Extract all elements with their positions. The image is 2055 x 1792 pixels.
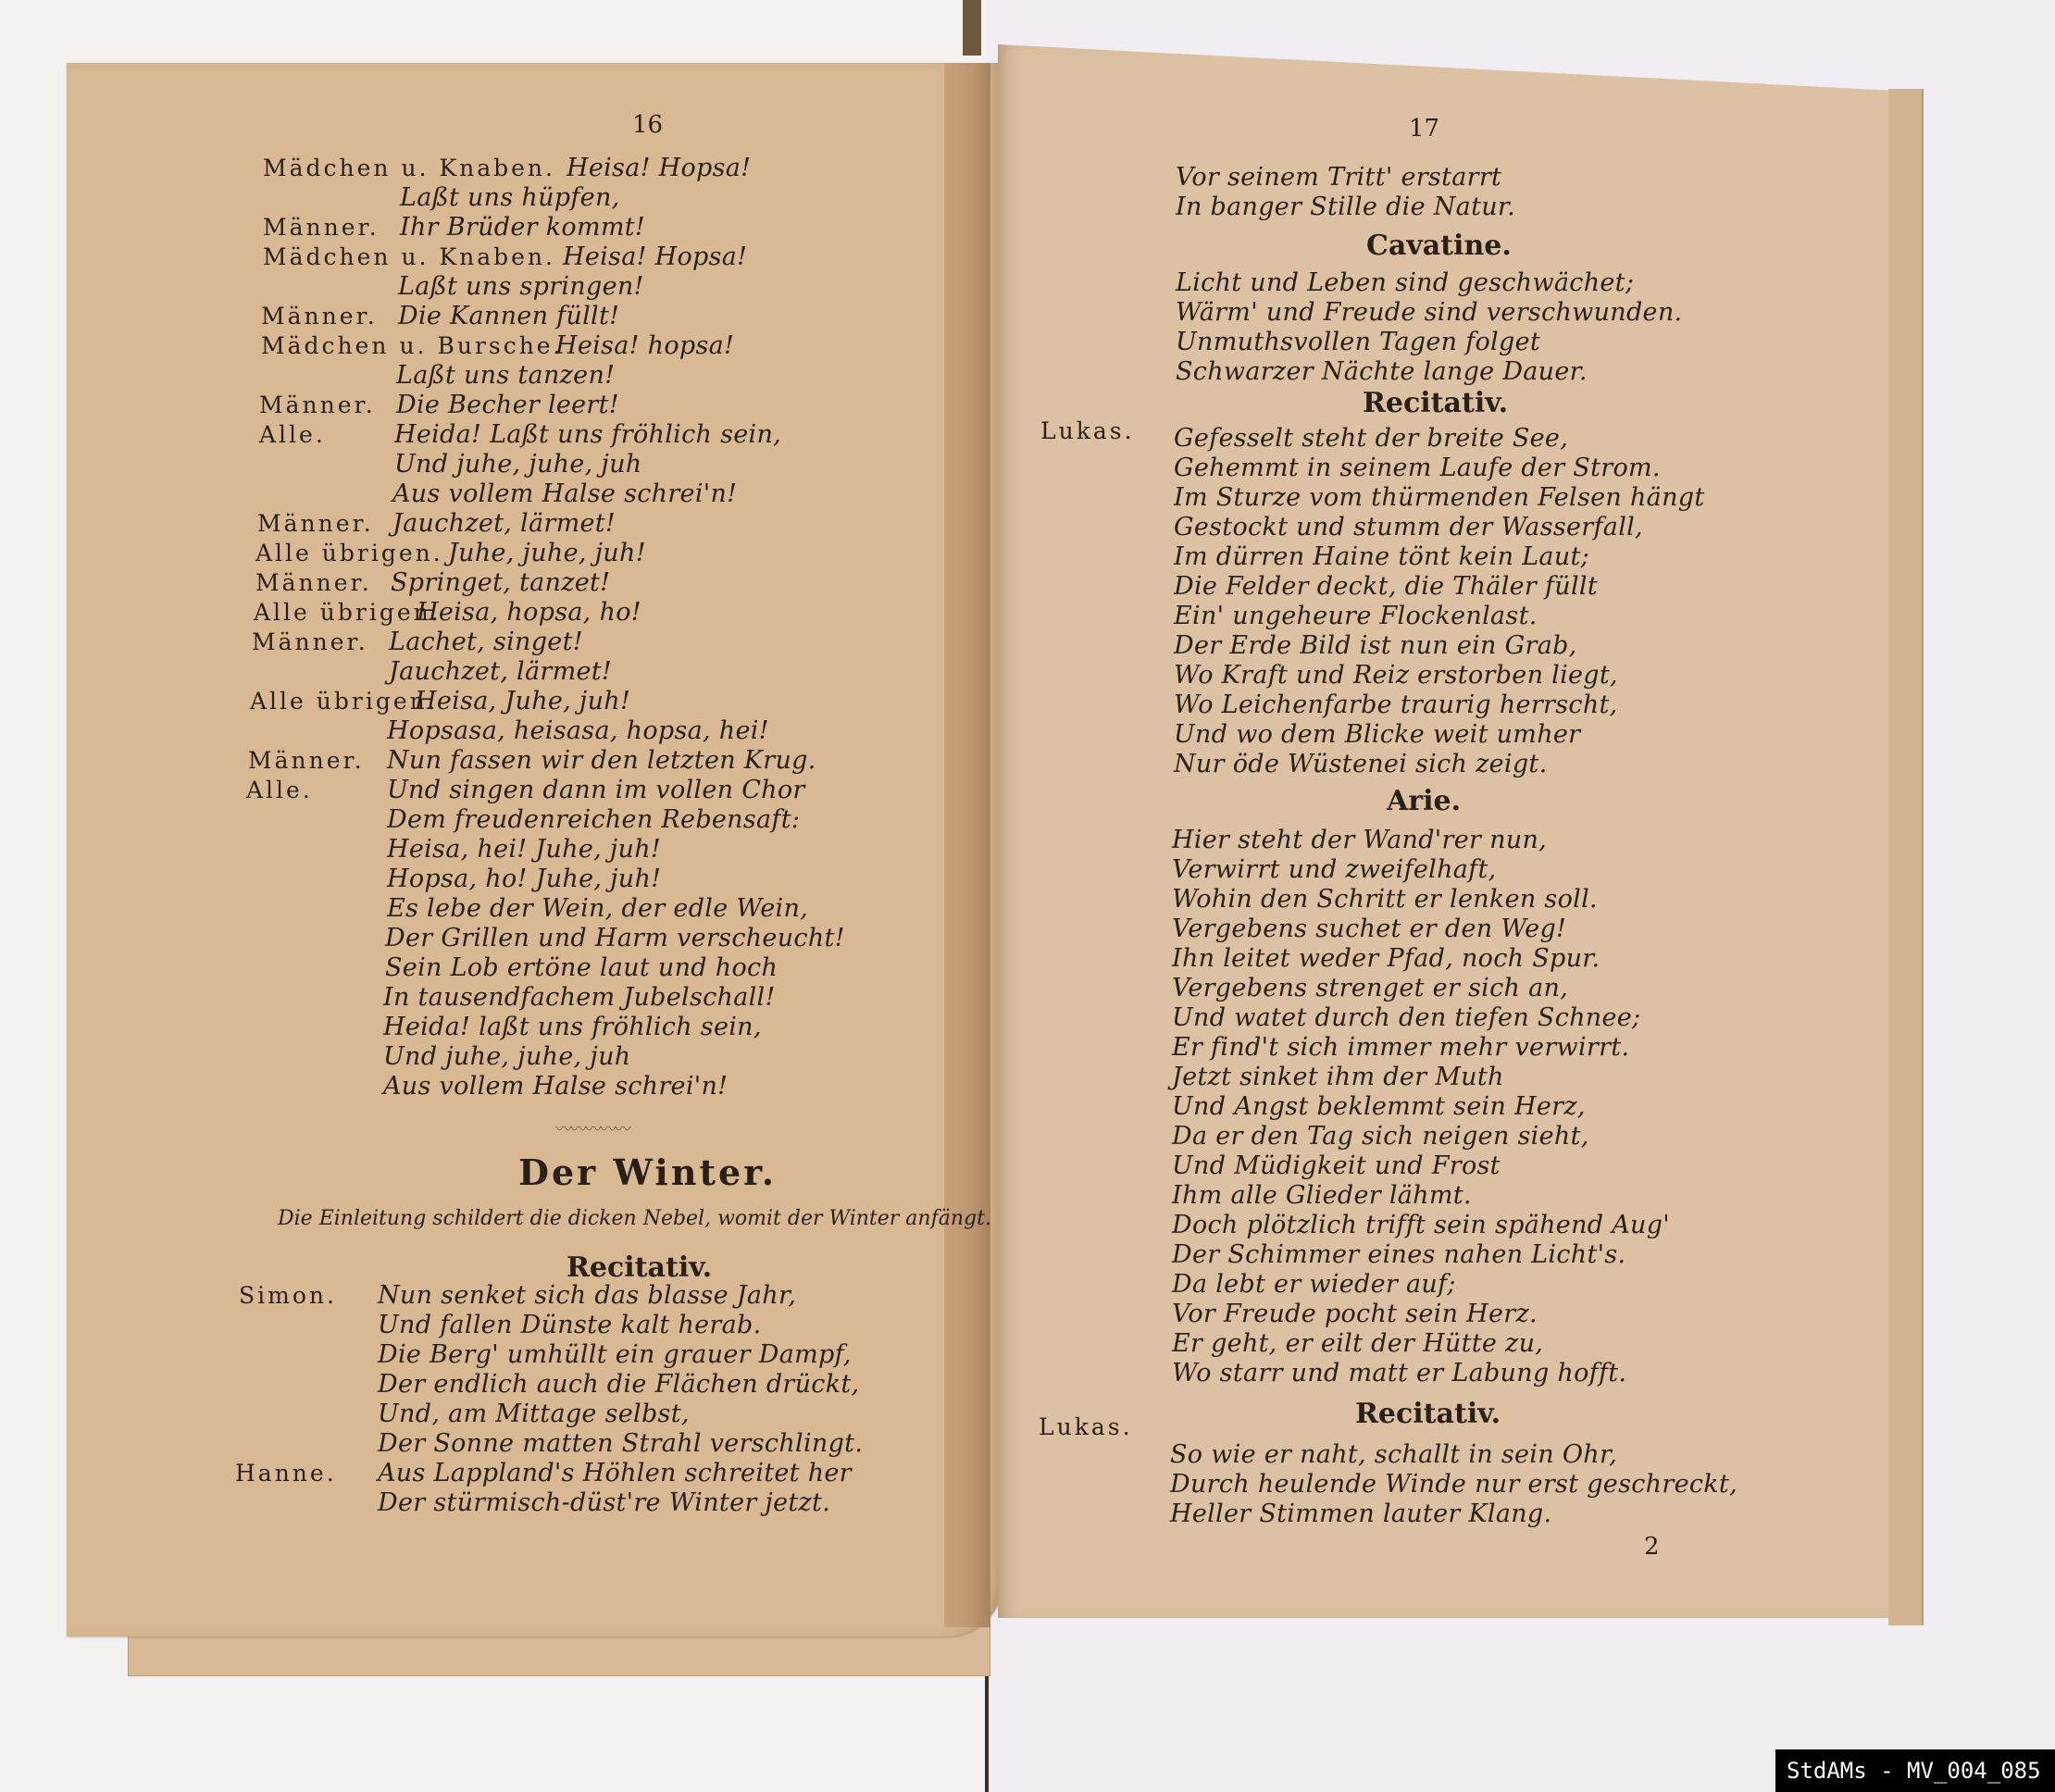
verse-line: Schwarzer Nächte lange Dauer.	[1176, 357, 1588, 387]
verse-line: Dem freudenreichen Rebensaft:	[387, 805, 800, 835]
verse-line: Gehemmt in seinem Laufe der Strom.	[1174, 454, 1661, 483]
recitativ-heading: Recitativ.	[567, 1251, 712, 1284]
verse-line: Im Sturze vom thürmenden Felsen hängt	[1174, 483, 1705, 513]
verse-line: Und Müdigkeit und Frost	[1172, 1151, 1501, 1181]
verse-line: Und watet durch den tiefen Schnee;	[1172, 1003, 1640, 1033]
verse-line: Der Erde Bild ist nun ein Grab,	[1174, 631, 1577, 661]
verse-line: Gefesselt steht der breite See,	[1174, 424, 1568, 454]
verse-line: Die Berg' umhüllt ein grauer Dampf,	[378, 1340, 852, 1370]
verse-line: So wie er naht, schallt in sein Ohr,	[1170, 1440, 1617, 1470]
speaker-label: Alle.	[246, 776, 313, 805]
verse-line: Aus vollem Halse schrei'n!	[392, 479, 737, 509]
recitativ-heading: Recitativ.	[1355, 1398, 1501, 1430]
verse-line: Vergebens strenget er sich an,	[1172, 974, 1568, 1003]
verse-line: Da er den Tag sich neigen sieht,	[1172, 1122, 1589, 1151]
verse-line: Springet, tanzet!	[391, 568, 610, 598]
verse-line: Doch plötzlich trifft sein spähend Aug'	[1172, 1211, 1670, 1240]
verse-line: Die Becher leert!	[396, 391, 619, 420]
verse-line: Heida! Laßt uns fröhlich sein,	[394, 420, 781, 450]
verse-line: Wo Leichenfarbe traurig herrscht,	[1174, 691, 1618, 720]
verse-line: Der Schimmer eines nahen Licht's.	[1172, 1240, 1625, 1270]
verse-line: Der stürmisch-düst're Winter jetzt.	[378, 1488, 830, 1518]
speaker-label: Männer.	[255, 568, 372, 598]
speaker-label: Männer.	[248, 746, 365, 776]
speaker-label: Männer.	[261, 302, 378, 331]
speaker-label: Hanne.	[235, 1459, 337, 1488]
speaker-label: Alle übrigen.	[254, 598, 442, 628]
verse-line: Ihn leitet weder Pfad, noch Spur.	[1172, 944, 1600, 974]
verse-line: Vor seinem Tritt' erstarrt	[1176, 163, 1501, 193]
binding-strip	[963, 0, 981, 56]
verse-line: Und Angst beklemmt sein Herz,	[1172, 1092, 1586, 1122]
verse-line: Wo Kraft und Reiz erstorben liegt,	[1174, 661, 1618, 691]
verse-line: Verwirrt und zweifelhaft,	[1172, 855, 1497, 885]
verse-line: Nur öde Wüstenei sich zeigt.	[1174, 750, 1547, 779]
verse-line: Durch heulende Winde nur erst geschreckt…	[1170, 1470, 1737, 1500]
speaker-label: Männer.	[252, 628, 368, 657]
cavatine-heading: Cavatine.	[1366, 230, 1512, 262]
verse-line: Wo starr und matt er Labung hofft.	[1172, 1359, 1626, 1388]
verse-line: Ihm alle Glieder lähmt.	[1172, 1181, 1472, 1211]
speaker-label: Alle.	[259, 420, 326, 450]
speaker-label: Mädchen u. Bursche.	[261, 331, 564, 361]
verse-line: Laßt uns hüpfen,	[400, 183, 620, 213]
verse-line: Wärm' und Freude sind verschwunden.	[1176, 298, 1682, 328]
verse-line: Gestockt und stumm der Wasserfall,	[1174, 513, 1643, 542]
verse-line: Er geht, er eilt der Hütte zu,	[1172, 1329, 1543, 1359]
verse-line: Licht und Leben sind geschwächet;	[1176, 268, 1634, 298]
verse-line: Hier steht der Wand'rer nun,	[1172, 826, 1547, 855]
verse-line: Jauchzet, lärmet!	[389, 657, 612, 687]
verse-line: Heisa, hopsa, ho!	[417, 598, 641, 628]
speaker-label: Alle übrigen.	[250, 687, 438, 716]
verse-line: Und singen dann im vollen Chor	[387, 776, 805, 805]
verse-line: Laßt uns springen!	[398, 272, 644, 302]
verse-line: Der Grillen und Harm verscheucht!	[385, 924, 845, 953]
speaker-label: Lukas.	[1040, 417, 1135, 446]
verse-line: Heisa! hopsa!	[555, 331, 734, 361]
verse-line: Aus vollem Halse schrei'n!	[383, 1072, 728, 1101]
verse-line: Ihr Brüder kommt!	[400, 213, 645, 243]
verse-line: In banger Stille die Natur.	[1176, 193, 1515, 222]
verse-line: Im dürren Haine tönt kein Laut;	[1174, 542, 1589, 572]
verse-line: Da lebt er wieder auf;	[1172, 1270, 1456, 1300]
verse-line: Heida! laßt uns fröhlich sein,	[383, 1013, 762, 1042]
verse-line: Sein Lob ertöne laut und hoch	[385, 953, 778, 983]
speaker-label: Mädchen u. Knaben.	[263, 243, 555, 272]
verse-line: Vor Freude pocht sein Herz.	[1172, 1300, 1538, 1329]
verse-line: Nun fassen wir den letzten Krug.	[387, 746, 816, 776]
verse-line: Heisa, hei! Juhe, juh!	[387, 835, 661, 865]
page-number-right: 17	[1409, 115, 1439, 143]
verse-line: Es lebe der Wein, der edle Wein,	[387, 894, 808, 924]
verse-line: Und fallen Dünste kalt herab.	[378, 1311, 761, 1340]
verse-line: Und wo dem Blicke weit umher	[1174, 720, 1580, 750]
verse-line: Laßt uns tanzen!	[396, 361, 615, 391]
verse-line: Heller Stimmen lauter Klang.	[1170, 1500, 1551, 1529]
speaker-label: Männer.	[257, 509, 374, 539]
speaker-label: Männer.	[259, 391, 376, 420]
verse-line: Und juhe, juhe, juh	[394, 450, 641, 479]
verse-line: Heisa! Hopsa!	[563, 243, 747, 272]
speaker-label: Lukas.	[1039, 1412, 1133, 1442]
verse-line: Die Felder deckt, die Thäler füllt	[1174, 572, 1598, 602]
verse-line: Aus Lappland's Höhlen schreitet her	[378, 1459, 852, 1488]
verse-line: Hopsa, ho! Juhe, juh!	[387, 865, 661, 894]
verse-line: Nun senket sich das blasse Jahr,	[378, 1281, 796, 1311]
verse-line: Heisa, Juhe, juh!	[415, 687, 630, 716]
archive-label: StdAMs - MV_004_085	[1775, 1749, 2055, 1792]
verse-line: Wohin den Schritt er lenken soll.	[1172, 885, 1598, 915]
verse-line: Der Sonne matten Strahl verschlingt.	[378, 1429, 863, 1459]
section-intro: Die Einleitung schildert die dicken Nebe…	[278, 1207, 991, 1230]
page-number-left: 16	[632, 111, 663, 139]
verse-line: Und juhe, juhe, juh	[383, 1042, 630, 1072]
verse-line: Juhe, juhe, juh!	[448, 539, 646, 568]
left-page-gutter	[944, 63, 990, 1627]
verse-line: Hopsasa, heisasa, hopsa, hei!	[387, 716, 769, 746]
recitativ-heading: Recitativ.	[1363, 387, 1508, 419]
signature-mark: 2	[1644, 1533, 1660, 1561]
speaker-label: Alle übrigen.	[255, 539, 443, 568]
speaker-label: Männer.	[263, 213, 380, 243]
verse-line: Jetzt sinket ihm der Muth	[1172, 1063, 1504, 1092]
verse-line: In tausendfachem Jubelschall!	[383, 983, 776, 1013]
verse-line: Jauchzet, lärmet!	[392, 509, 616, 539]
arie-heading: Arie.	[1387, 785, 1461, 817]
right-page-edge	[1888, 89, 1924, 1625]
ornamental-divider: 〰〰〰〰〰	[555, 1116, 629, 1140]
verse-line: Vergebens suchet er den Weg!	[1172, 915, 1566, 944]
verse-line: Ein' ungeheure Flockenlast.	[1174, 602, 1538, 631]
verse-line: Heisa! Hopsa!	[567, 154, 751, 183]
verse-line: Und, am Mittage selbst,	[378, 1400, 690, 1429]
speaker-label: Simon.	[239, 1281, 337, 1311]
verse-line: Er find't sich immer mehr verwirrt.	[1172, 1033, 1629, 1063]
verse-line: Die Kannen füllt!	[398, 302, 619, 331]
speaker-label: Mädchen u. Knaben.	[263, 154, 555, 183]
verse-line: Der endlich auch die Flächen drückt,	[378, 1370, 859, 1400]
verse-line: Unmuthsvollen Tagen folget	[1176, 328, 1540, 357]
section-title: Der Winter.	[518, 1151, 777, 1193]
verse-line: Lachet, singet!	[389, 628, 583, 657]
